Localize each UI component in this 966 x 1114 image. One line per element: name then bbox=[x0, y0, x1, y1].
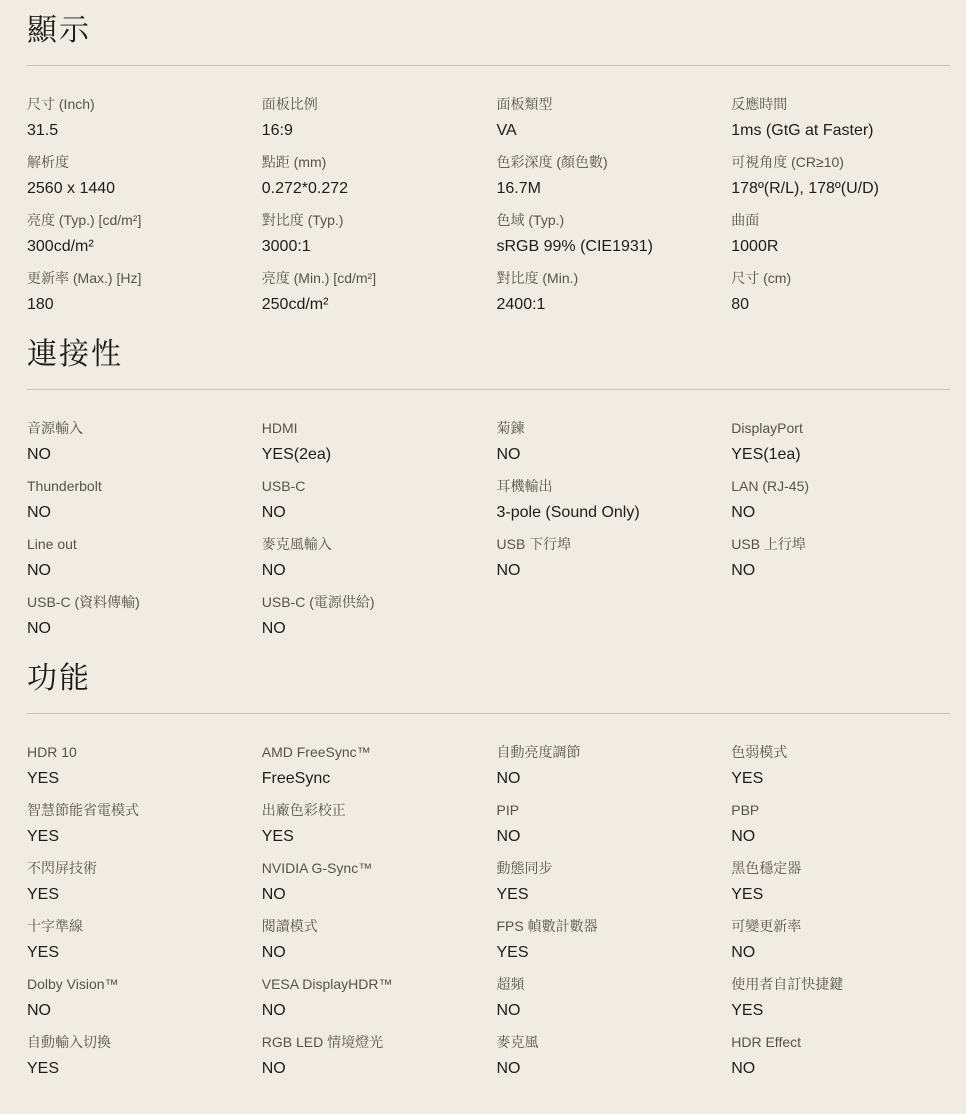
spec-label: NVIDIA G-Sync™ bbox=[262, 860, 485, 877]
spec-cell: FPS 幀數計數器YES bbox=[497, 918, 732, 962]
spec-label: Thunderbolt bbox=[27, 478, 250, 495]
spec-label: 可變更新率 bbox=[731, 918, 954, 935]
spec-value: YES bbox=[262, 827, 485, 846]
spec-value: NO bbox=[27, 1001, 250, 1020]
spec-cell: 自動亮度調節NO bbox=[497, 744, 732, 788]
spec-row: 不閃屏技術YESNVIDIA G-Sync™NO動態同步YES黑色穩定器YES bbox=[27, 860, 966, 904]
spec-label: 對比度 (Min.) bbox=[497, 270, 720, 287]
spec-value: NO bbox=[262, 561, 485, 580]
spec-cell: 菊鍊NO bbox=[497, 420, 732, 464]
spec-cell: 尺寸 (cm)80 bbox=[731, 270, 966, 314]
spec-cell: 亮度 (Typ.) [cd/m²]300cd/m² bbox=[27, 212, 262, 256]
spec-cell: 對比度 (Min.)2400:1 bbox=[497, 270, 732, 314]
spec-value: YES(2ea) bbox=[262, 445, 485, 464]
spec-cell: 黑色穩定器YES bbox=[731, 860, 966, 904]
spec-label: 尺寸 (cm) bbox=[731, 270, 954, 287]
spec-label: 菊鍊 bbox=[497, 420, 720, 437]
spec-label: 音源輸入 bbox=[27, 420, 250, 437]
spec-value: NO bbox=[731, 943, 954, 962]
spec-cell: 不閃屏技術YES bbox=[27, 860, 262, 904]
spec-label: Line out bbox=[27, 536, 250, 553]
section-divider bbox=[27, 389, 950, 390]
section-divider bbox=[27, 65, 950, 66]
spec-value: FreeSync bbox=[262, 769, 485, 788]
spec-row: HDR 10YESAMD FreeSync™FreeSync自動亮度調節NO色弱… bbox=[27, 744, 966, 788]
spec-label: 解析度 bbox=[27, 154, 250, 171]
spec-value: NO bbox=[262, 503, 485, 522]
spec-value: NO bbox=[262, 1059, 485, 1078]
spec-page: 顯示尺寸 (Inch)31.5面板比例16:9面板類型VA反應時間1ms (Gt… bbox=[0, 0, 966, 1106]
spec-label: 十字準線 bbox=[27, 918, 250, 935]
spec-value: NO bbox=[262, 885, 485, 904]
spec-label: DisplayPort bbox=[731, 420, 954, 437]
spec-label: 閱讀模式 bbox=[262, 918, 485, 935]
spec-value: VA bbox=[497, 121, 720, 140]
spec-cell: Dolby Vision™NO bbox=[27, 976, 262, 1020]
spec-cell: 十字準線YES bbox=[27, 918, 262, 962]
spec-value: NO bbox=[497, 1001, 720, 1020]
spec-label: 出廠色彩校正 bbox=[262, 802, 485, 819]
spec-label: 可視角度 (CR≥10) bbox=[731, 154, 954, 171]
spec-value: NO bbox=[497, 561, 720, 580]
spec-cell: 自動輸入切換YES bbox=[27, 1034, 262, 1078]
spec-cell: USB-C (資料傳輸)NO bbox=[27, 594, 262, 638]
spec-label: USB-C bbox=[262, 478, 485, 495]
spec-value: YES bbox=[731, 769, 954, 788]
spec-row: Dolby Vision™NOVESA DisplayHDR™NO超頻NO使用者… bbox=[27, 976, 966, 1020]
spec-value: YES bbox=[27, 769, 250, 788]
spec-cell: 超頻NO bbox=[497, 976, 732, 1020]
spec-label: 面板類型 bbox=[497, 96, 720, 113]
spec-label: 尺寸 (Inch) bbox=[27, 96, 250, 113]
spec-value: NO bbox=[262, 943, 485, 962]
spec-row: Line outNO麥克風輸入NOUSB 下行埠NOUSB 上行埠NO bbox=[27, 536, 966, 580]
spec-label: USB 下行埠 bbox=[497, 536, 720, 553]
spec-label: 亮度 (Typ.) [cd/m²] bbox=[27, 212, 250, 229]
spec-row: 十字準線YES閱讀模式NOFPS 幀數計數器YES可變更新率NO bbox=[27, 918, 966, 962]
spec-value: NO bbox=[27, 503, 250, 522]
spec-label: 自動輸入切換 bbox=[27, 1034, 250, 1051]
spec-cell: 色弱模式YES bbox=[731, 744, 966, 788]
spec-cell: HDR 10YES bbox=[27, 744, 262, 788]
spec-value: NO bbox=[731, 1059, 954, 1078]
spec-label: 亮度 (Min.) [cd/m²] bbox=[262, 270, 485, 287]
spec-label: 色弱模式 bbox=[731, 744, 954, 761]
spec-label: 麥克風輸入 bbox=[262, 536, 485, 553]
spec-value: NO bbox=[731, 827, 954, 846]
spec-row: USB-C (資料傳輸)NOUSB-C (電源供給)NO bbox=[27, 594, 966, 638]
spec-cell: 閱讀模式NO bbox=[262, 918, 497, 962]
spec-row: 解析度2560 x 1440點距 (mm)0.272*0.272色彩深度 (顏色… bbox=[27, 154, 966, 198]
spec-label: 反應時間 bbox=[731, 96, 954, 113]
spec-label: Dolby Vision™ bbox=[27, 976, 250, 993]
spec-label: 點距 (mm) bbox=[262, 154, 485, 171]
spec-row: 自動輸入切換YESRGB LED 情境燈光NO麥克風NOHDR EffectNO bbox=[27, 1034, 966, 1078]
spec-cell: Line outNO bbox=[27, 536, 262, 580]
spec-cell: 動態同步YES bbox=[497, 860, 732, 904]
spec-label: 自動亮度調節 bbox=[497, 744, 720, 761]
spec-cell: DisplayPortYES(1ea) bbox=[731, 420, 966, 464]
spec-value: 178º(R/L), 178º(U/D) bbox=[731, 179, 954, 198]
spec-cell: HDMIYES(2ea) bbox=[262, 420, 497, 464]
spec-value: NO bbox=[497, 445, 720, 464]
spec-value: NO bbox=[497, 769, 720, 788]
spec-cell: HDR EffectNO bbox=[731, 1034, 966, 1078]
spec-value: YES bbox=[497, 885, 720, 904]
spec-value: sRGB 99% (CIE1931) bbox=[497, 237, 720, 256]
spec-value: YES bbox=[27, 885, 250, 904]
spec-label: RGB LED 情境燈光 bbox=[262, 1034, 485, 1051]
section-divider bbox=[27, 713, 950, 714]
spec-row: 智慧節能省電模式YES出廠色彩校正YESPIPNOPBPNO bbox=[27, 802, 966, 846]
spec-value: NO bbox=[27, 561, 250, 580]
section-title: 連接性 bbox=[27, 336, 966, 374]
spec-cell: 色域 (Typ.)sRGB 99% (CIE1931) bbox=[497, 212, 732, 256]
spec-row: 亮度 (Typ.) [cd/m²]300cd/m²對比度 (Typ.)3000:… bbox=[27, 212, 966, 256]
spec-value: 0.272*0.272 bbox=[262, 179, 485, 198]
spec-value: NO bbox=[731, 503, 954, 522]
spec-value: 80 bbox=[731, 295, 954, 314]
spec-cell: 使用者自訂快捷鍵YES bbox=[731, 976, 966, 1020]
spec-value: NO bbox=[731, 561, 954, 580]
spec-cell: 麥克風NO bbox=[497, 1034, 732, 1078]
spec-cell: 更新率 (Max.) [Hz]180 bbox=[27, 270, 262, 314]
spec-value: NO bbox=[497, 1059, 720, 1078]
spec-label: AMD FreeSync™ bbox=[262, 744, 485, 761]
spec-cell: 曲面1000R bbox=[731, 212, 966, 256]
spec-section: 連接性音源輸入NOHDMIYES(2ea)菊鍊NODisplayPortYES(… bbox=[27, 336, 966, 638]
spec-label: FPS 幀數計數器 bbox=[497, 918, 720, 935]
section-title: 顯示 bbox=[27, 12, 966, 50]
spec-value: YES bbox=[731, 885, 954, 904]
spec-label: HDR Effect bbox=[731, 1034, 954, 1051]
spec-label: VESA DisplayHDR™ bbox=[262, 976, 485, 993]
spec-value: YES bbox=[27, 1059, 250, 1078]
spec-cell: PIPNO bbox=[497, 802, 732, 846]
spec-cell: 智慧節能省電模式YES bbox=[27, 802, 262, 846]
spec-section: 功能HDR 10YESAMD FreeSync™FreeSync自動亮度調節NO… bbox=[27, 660, 966, 1078]
spec-cell: USB-C (電源供給)NO bbox=[262, 594, 497, 638]
spec-row: 音源輸入NOHDMIYES(2ea)菊鍊NODisplayPortYES(1ea… bbox=[27, 420, 966, 464]
spec-cell: 面板比例16:9 bbox=[262, 96, 497, 140]
spec-cell: USB-CNO bbox=[262, 478, 497, 522]
spec-cell: PBPNO bbox=[731, 802, 966, 846]
spec-label: 超頻 bbox=[497, 976, 720, 993]
spec-label: 使用者自訂快捷鍵 bbox=[731, 976, 954, 993]
spec-label: USB 上行埠 bbox=[731, 536, 954, 553]
spec-value: NO bbox=[262, 1001, 485, 1020]
spec-value: 3000:1 bbox=[262, 237, 485, 256]
spec-cell: 色彩深度 (顏色數)16.7M bbox=[497, 154, 732, 198]
spec-cell: NVIDIA G-Sync™NO bbox=[262, 860, 497, 904]
spec-cell: 出廠色彩校正YES bbox=[262, 802, 497, 846]
spec-value: 1ms (GtG at Faster) bbox=[731, 121, 954, 140]
spec-cell: 亮度 (Min.) [cd/m²]250cd/m² bbox=[262, 270, 497, 314]
spec-label: USB-C (資料傳輸) bbox=[27, 594, 250, 611]
spec-value: 2560 x 1440 bbox=[27, 179, 250, 198]
spec-label: 動態同步 bbox=[497, 860, 720, 877]
spec-value: YES bbox=[27, 943, 250, 962]
spec-value: 31.5 bbox=[27, 121, 250, 140]
spec-value: NO bbox=[497, 827, 720, 846]
spec-label: 麥克風 bbox=[497, 1034, 720, 1051]
spec-label: 曲面 bbox=[731, 212, 954, 229]
spec-label: 更新率 (Max.) [Hz] bbox=[27, 270, 250, 287]
spec-label: USB-C (電源供給) bbox=[262, 594, 485, 611]
spec-value: NO bbox=[27, 619, 250, 638]
spec-value: 180 bbox=[27, 295, 250, 314]
spec-value: NO bbox=[27, 445, 250, 464]
spec-value: YES bbox=[731, 1001, 954, 1020]
spec-value: 16.7M bbox=[497, 179, 720, 198]
spec-cell: 點距 (mm)0.272*0.272 bbox=[262, 154, 497, 198]
spec-section: 顯示尺寸 (Inch)31.5面板比例16:9面板類型VA反應時間1ms (Gt… bbox=[27, 12, 966, 314]
spec-value: YES bbox=[497, 943, 720, 962]
spec-label: PIP bbox=[497, 802, 720, 819]
spec-cell: ThunderboltNO bbox=[27, 478, 262, 522]
spec-label: 對比度 (Typ.) bbox=[262, 212, 485, 229]
spec-label: 智慧節能省電模式 bbox=[27, 802, 250, 819]
spec-value: 3-pole (Sound Only) bbox=[497, 503, 720, 522]
spec-label: HDMI bbox=[262, 420, 485, 437]
spec-label: 耳機輸出 bbox=[497, 478, 720, 495]
spec-value: YES bbox=[27, 827, 250, 846]
spec-value: YES(1ea) bbox=[731, 445, 954, 464]
spec-row: 尺寸 (Inch)31.5面板比例16:9面板類型VA反應時間1ms (GtG … bbox=[27, 96, 966, 140]
spec-cell: 可變更新率NO bbox=[731, 918, 966, 962]
spec-value: 250cd/m² bbox=[262, 295, 485, 314]
spec-label: PBP bbox=[731, 802, 954, 819]
spec-cell: RGB LED 情境燈光NO bbox=[262, 1034, 497, 1078]
spec-cell: 尺寸 (Inch)31.5 bbox=[27, 96, 262, 140]
spec-cell: VESA DisplayHDR™NO bbox=[262, 976, 497, 1020]
spec-cell: USB 上行埠NO bbox=[731, 536, 966, 580]
spec-value: 16:9 bbox=[262, 121, 485, 140]
spec-cell: LAN (RJ-45)NO bbox=[731, 478, 966, 522]
spec-cell: 麥克風輸入NO bbox=[262, 536, 497, 580]
spec-label: LAN (RJ-45) bbox=[731, 478, 954, 495]
spec-cell: 解析度2560 x 1440 bbox=[27, 154, 262, 198]
spec-value: 1000R bbox=[731, 237, 954, 256]
spec-cell: USB 下行埠NO bbox=[497, 536, 732, 580]
spec-cell: AMD FreeSync™FreeSync bbox=[262, 744, 497, 788]
spec-label: 面板比例 bbox=[262, 96, 485, 113]
spec-label: 不閃屏技術 bbox=[27, 860, 250, 877]
spec-cell: 對比度 (Typ.)3000:1 bbox=[262, 212, 497, 256]
spec-label: HDR 10 bbox=[27, 744, 250, 761]
spec-cell: 音源輸入NO bbox=[27, 420, 262, 464]
spec-row: ThunderboltNOUSB-CNO耳機輸出3-pole (Sound On… bbox=[27, 478, 966, 522]
spec-label: 色彩深度 (顏色數) bbox=[497, 154, 720, 171]
spec-row: 更新率 (Max.) [Hz]180亮度 (Min.) [cd/m²]250cd… bbox=[27, 270, 966, 314]
spec-cell: 可視角度 (CR≥10)178º(R/L), 178º(U/D) bbox=[731, 154, 966, 198]
spec-label: 色域 (Typ.) bbox=[497, 212, 720, 229]
spec-label: 黑色穩定器 bbox=[731, 860, 954, 877]
spec-cell: 面板類型VA bbox=[497, 96, 732, 140]
spec-value: 2400:1 bbox=[497, 295, 720, 314]
section-title: 功能 bbox=[27, 660, 966, 698]
spec-value: 300cd/m² bbox=[27, 237, 250, 256]
spec-cell: 反應時間1ms (GtG at Faster) bbox=[731, 96, 966, 140]
spec-cell: 耳機輸出3-pole (Sound Only) bbox=[497, 478, 732, 522]
spec-value: NO bbox=[262, 619, 485, 638]
